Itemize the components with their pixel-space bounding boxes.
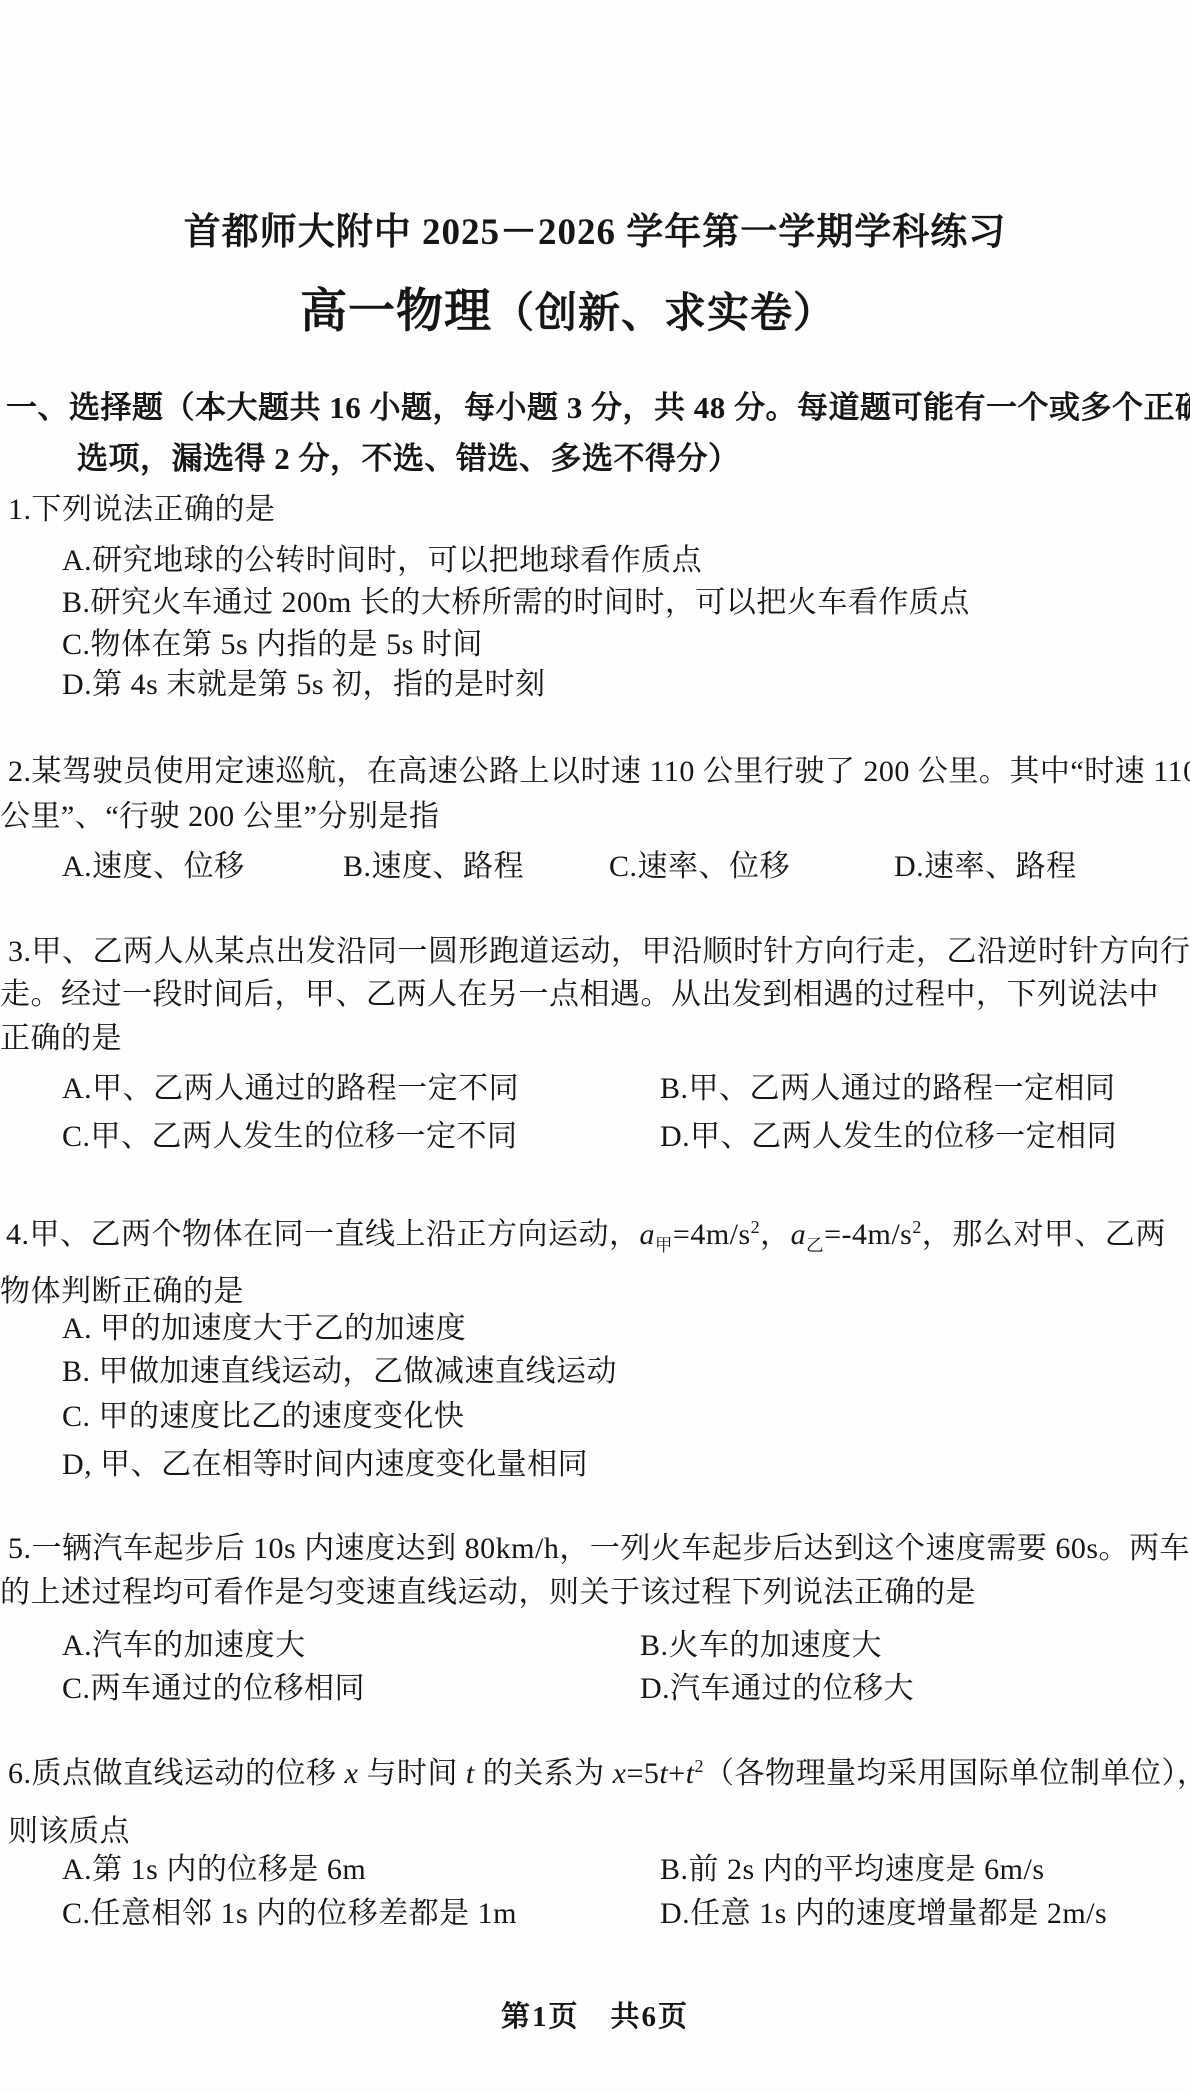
question-4-stem-line1: 4.甲、乙两个物体在同一直线上沿正方向运动，a甲=4m/s2，a乙=-4m/s2…: [6, 1218, 1166, 1253]
question-2-option-b: B.速度、路程: [343, 850, 524, 885]
question-1-option-a: A.研究地球的公转时间时，可以把地球看作质点: [62, 544, 702, 579]
question-1-option-d: D.第 4s 末就是第 5s 初，指的是时刻: [62, 668, 546, 703]
question-4-option-d: D, 甲、乙在相等时间内速度变化量相同: [62, 1448, 588, 1483]
question-1-stem: 1.下列说法正确的是: [8, 493, 276, 528]
question-6-option-a: A.第 1s 内的位移是 6m: [62, 1853, 366, 1888]
question-3-stem-line1: 3.甲、乙两人从某点出发沿同一圆形跑道运动，甲沿顺时针方向行走，乙沿逆时针方向行: [8, 935, 1190, 970]
page-title: 首都师大附中 2025－2026 学年第一学期学科练习: [0, 212, 1190, 255]
question-3-option-a: A.甲、乙两人通过的路程一定不同: [62, 1072, 519, 1107]
question-5-option-c: C.两车通过的位移相同: [62, 1672, 365, 1707]
exam-paper-page: 首都师大附中 2025－2026 学年第一学期学科练习 高一物理（创新、求实卷）…: [0, 0, 1190, 2092]
question-3-option-b: B.甲、乙两人通过的路程一定相同: [660, 1072, 1116, 1107]
question-5-option-d: D.汽车通过的位移大: [640, 1672, 914, 1707]
page-footer: 第1页 共6页: [0, 2001, 1190, 2034]
question-2-option-a: A.速度、位移: [62, 850, 245, 885]
question-4-option-a: A. 甲的加速度大于乙的加速度: [62, 1312, 466, 1347]
question-6-option-b: B.前 2s 内的平均速度是 6m/s: [660, 1853, 1045, 1888]
question-5-stem-line2: 的上述过程均可看作是匀变速直线运动，则关于该过程下列说法正确的是: [0, 1576, 976, 1611]
question-4-option-b: B. 甲做加速直线运动，乙做减速直线运动: [62, 1355, 617, 1390]
question-2-stem-line1: 2.某驾驶员使用定速巡航，在高速公路上以时速 110 公里行驶了 200 公里。…: [8, 755, 1190, 790]
page-subtitle: 高一物理（创新、求实卷）: [300, 285, 836, 339]
question-1-option-c: C.物体在第 5s 内指的是 5s 时间: [62, 628, 483, 663]
question-3-stem-line3: 正确的是: [0, 1022, 122, 1057]
question-4-option-c: C. 甲的速度比乙的速度变化快: [62, 1400, 465, 1435]
question-5-option-b: B.火车的加速度大: [640, 1629, 882, 1664]
question-6-stem-line2: 则该质点: [8, 1815, 130, 1850]
question-6-option-c: C.任意相邻 1s 内的位移差都是 1m: [62, 1897, 517, 1932]
question-3-stem-line2: 走。经过一段时间后，甲、乙两人在另一点相遇。从出发到相遇的过程中，下列说法中: [0, 978, 1159, 1013]
question-2-stem-line2: 公里”、“行驶 200 公里”分别是指: [0, 800, 439, 835]
question-1-option-b: B.研究火车通过 200m 长的大桥所需的时间时，可以把火车看作质点: [62, 586, 970, 621]
subtitle-course: 高一物理: [300, 286, 492, 338]
question-5-option-a: A.汽车的加速度大: [62, 1629, 306, 1664]
section-header-line1: 一、选择题（本大题共 16 小题，每小题 3 分，共 48 分。每道题可能有一个…: [6, 390, 1190, 426]
question-2-option-d: D.速率、路程: [894, 850, 1077, 885]
question-6-option-d: D.任意 1s 内的速度增量都是 2m/s: [660, 1897, 1107, 1932]
question-3-option-c: C.甲、乙两人发生的位移一定不同: [62, 1120, 518, 1155]
question-2-option-c: C.速率、位移: [609, 850, 790, 885]
subtitle-edition: （创新、求实卷）: [492, 291, 836, 337]
section-header-line2: 选项，漏选得 2 分，不选、错选、多选不得分）: [77, 441, 740, 477]
question-6-stem-line1: 6.质点做直线运动的位移 x 与时间 t 的关系为 x=5t+t2（各物理量均采…: [8, 1757, 1190, 1792]
question-3-option-d: D.甲、乙两人发生的位移一定相同: [660, 1120, 1117, 1155]
question-5-stem-line1: 5.一辆汽车起步后 10s 内速度达到 80km/h，一列火车起步后达到这个速度…: [8, 1532, 1190, 1567]
question-4-stem-line2: 物体判断正确的是: [0, 1275, 244, 1310]
